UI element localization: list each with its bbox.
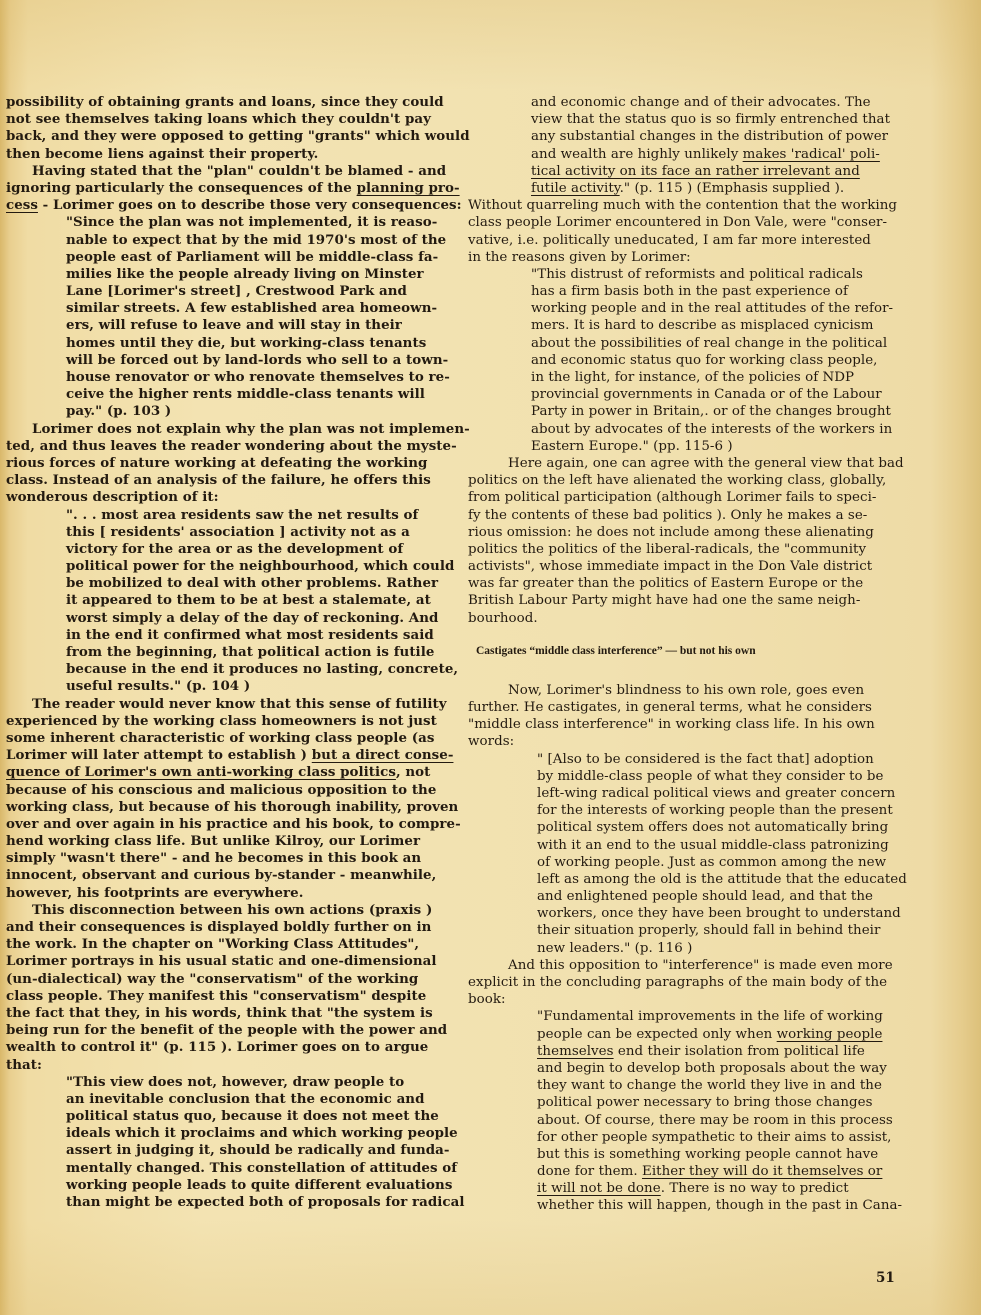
text-line: working class, but because of his thorou… bbox=[6, 799, 434, 816]
text-line: words: bbox=[468, 733, 916, 750]
text-line: possibility of obtaining grants and loan… bbox=[6, 94, 434, 111]
text-line: Without quarreling much with the content… bbox=[468, 197, 916, 214]
text-run: end their isolation from political life bbox=[614, 1044, 865, 1059]
text-line: being run for the benefit of the people … bbox=[6, 1022, 434, 1039]
underlined-emphasis: futile activity bbox=[531, 181, 620, 196]
quote-line: view that the status quo is so firmly en… bbox=[468, 111, 916, 128]
quote-line: provincial governments in Canada or of t… bbox=[468, 386, 916, 403]
text-run: Lorimer will later attempt to establish … bbox=[6, 747, 312, 763]
quote-line: " [Also to be considered is the fact tha… bbox=[468, 751, 916, 768]
quote-line: themselves end their isolation from poli… bbox=[468, 1043, 916, 1060]
text-line: then become liens against their property… bbox=[6, 146, 434, 163]
quote-line: political power necessary to bring those… bbox=[468, 1094, 916, 1111]
quote-line: mentally changed. This constellation of … bbox=[6, 1160, 434, 1177]
quote-line: because in the end it produces no lastin… bbox=[6, 661, 434, 678]
quote-line: ceive the higher rents middle-class tena… bbox=[6, 386, 434, 403]
quote-line: whether this will happen, though in the … bbox=[468, 1197, 916, 1214]
quote-line: it will not be done. There is no way to … bbox=[468, 1180, 916, 1197]
text-line: fy the contents of these bad politics ).… bbox=[468, 507, 916, 524]
text-line: politics on the left have alienated the … bbox=[468, 472, 916, 489]
quote-line: ers, will refuse to leave and will stay … bbox=[6, 317, 434, 334]
text-line: Lorimer portrays in his usual static and… bbox=[6, 953, 434, 970]
underlined-emphasis: quence of Lorimer's own anti-working cla… bbox=[6, 764, 396, 780]
right-column: and economic change and of their advocat… bbox=[468, 94, 916, 1215]
quote-line: in the end it confirmed what most reside… bbox=[6, 627, 434, 644]
underlined-emphasis: planning pro- bbox=[357, 180, 460, 196]
text-line: some inherent characteristic of working … bbox=[6, 730, 434, 747]
underlined-emphasis: cess bbox=[6, 197, 38, 213]
paragraph-start: Now, Lorimer's blindness to his own role… bbox=[468, 682, 916, 699]
text-line: not see themselves taking loans which th… bbox=[6, 111, 434, 128]
quote-line: house renovator or who renovate themselv… bbox=[6, 369, 434, 386]
text-line: experienced by the working class homeown… bbox=[6, 713, 434, 730]
text-line: over and over again in his practice and … bbox=[6, 816, 434, 833]
text-run: - Lorimer goes on to describe those very… bbox=[38, 197, 462, 213]
text-line: the work. In the chapter on "Working Cla… bbox=[6, 936, 434, 953]
quote-line: working people leads to quite different … bbox=[6, 1177, 434, 1194]
quote-line: worst simply a delay of the day of recko… bbox=[6, 610, 434, 627]
underlined-emphasis: Either they will do it themselves or bbox=[642, 1164, 882, 1179]
quote-line: "Fundamental improvements in the life of… bbox=[468, 1008, 916, 1025]
text-line: further. He castigates, in general terms… bbox=[468, 699, 916, 716]
quote-line: it appeared to them to be at best a stal… bbox=[6, 592, 434, 609]
text-line: wonderous description of it: bbox=[6, 489, 434, 506]
text-line: from political participation (although L… bbox=[468, 489, 916, 506]
quote-line: victory for the area or as the developme… bbox=[6, 541, 434, 558]
text-run: ignoring particularly the consequences o… bbox=[6, 180, 357, 196]
text-line: activists", whose immediate impact in th… bbox=[468, 558, 916, 575]
paragraph-start: Lorimer does not explain why the plan wa… bbox=[6, 421, 434, 438]
quote-line: useful results." (p. 104 ) bbox=[6, 678, 434, 695]
quote-line: with it an end to the usual middle-class… bbox=[468, 837, 916, 854]
text-line: innocent, observant and curious by-stand… bbox=[6, 867, 434, 884]
text-line: that: bbox=[6, 1057, 434, 1074]
paragraph-start: Having stated that the "plan" couldn't b… bbox=[6, 163, 434, 180]
quote-line: be mobilized to deal with other problems… bbox=[6, 575, 434, 592]
text-run: and wealth are highly unlikely bbox=[531, 147, 743, 162]
underlined-emphasis: working people bbox=[777, 1027, 883, 1042]
text-line: (un-dialectical) way the "conservatism" … bbox=[6, 971, 434, 988]
section-heading: Castigates “middle class interference” —… bbox=[476, 643, 916, 660]
page-number: 51 bbox=[876, 1270, 895, 1286]
quote-line: of working people. Just as common among … bbox=[468, 854, 916, 871]
quote-line: "This view does not, however, draw peopl… bbox=[6, 1074, 434, 1091]
quote-line: and begin to develop both proposals abou… bbox=[468, 1060, 916, 1077]
quote-line: political status quo, because it does no… bbox=[6, 1108, 434, 1125]
text-line: class people Lorimer encountered in Don … bbox=[468, 214, 916, 231]
text-line: rious forces of nature working at defeat… bbox=[6, 455, 434, 472]
quote-line: people east of Parliament will be middle… bbox=[6, 249, 434, 266]
quote-line: workers, once they have been brought to … bbox=[468, 905, 916, 922]
quote-line: they want to change the world they live … bbox=[468, 1077, 916, 1094]
quote-line: milies like the people already living on… bbox=[6, 266, 434, 283]
quote-line: political power for the neighbourhood, w… bbox=[6, 558, 434, 575]
quote-line: "Since the plan was not implemented, it … bbox=[6, 214, 434, 231]
quote-line: this [ residents' association ] activity… bbox=[6, 524, 434, 541]
quote-line: futile activity." (p. 115 ) (Emphasis su… bbox=[468, 180, 916, 197]
text-line: vative, i.e. politically uneducated, I a… bbox=[468, 232, 916, 249]
quote-line: and economic change and of their advocat… bbox=[468, 94, 916, 111]
text-line: back, and they were opposed to getting "… bbox=[6, 128, 434, 145]
text-line: however, his footprints are everywhere. bbox=[6, 885, 434, 902]
quote-line: in the light, for instance, of the polic… bbox=[468, 369, 916, 386]
quote-line: and economic status quo for working clas… bbox=[468, 352, 916, 369]
quote-line: left as among the old is the attitude th… bbox=[468, 871, 916, 888]
text-run: people can be expected only when bbox=[537, 1027, 777, 1042]
quote-line: will be forced out by land-lords who sel… bbox=[6, 352, 434, 369]
text-line: in the reasons given by Lorimer: bbox=[468, 249, 916, 266]
text-line: quence of Lorimer's own anti-working cla… bbox=[6, 764, 434, 781]
quote-line: ideals which it proclaims and which work… bbox=[6, 1125, 434, 1142]
text-line: because of his conscious and malicious o… bbox=[6, 782, 434, 799]
text-line: was far greater than the politics of Eas… bbox=[468, 575, 916, 592]
text-run: done for them. bbox=[537, 1164, 642, 1179]
quote-line: homes until they die, but working-class … bbox=[6, 335, 434, 352]
text-line: the fact that they, in his words, think … bbox=[6, 1005, 434, 1022]
quote-line: for the interests of working people than… bbox=[468, 802, 916, 819]
text-line: cess - Lorimer goes on to describe those… bbox=[6, 197, 434, 214]
underlined-emphasis: themselves bbox=[537, 1044, 614, 1059]
quote-line: Lane [Lorimer's street] , Crestwood Park… bbox=[6, 283, 434, 300]
text-line: rious omission: he does not include amon… bbox=[468, 524, 916, 541]
quote-line: ". . . most area residents saw the net r… bbox=[6, 507, 434, 524]
quote-line: about the possibilities of real change i… bbox=[468, 335, 916, 352]
quote-line: and wealth are highly unlikely makes 'ra… bbox=[468, 146, 916, 163]
text-line: "middle class interference" in working c… bbox=[468, 716, 916, 733]
text-line: bourhood. bbox=[468, 610, 916, 627]
text-line: and their consequences is displayed bold… bbox=[6, 919, 434, 936]
quote-line: Party in power in Britain,. or of the ch… bbox=[468, 403, 916, 420]
underlined-emphasis: it will not be done bbox=[537, 1181, 661, 1196]
quote-line: about by advocates of the interests of t… bbox=[468, 421, 916, 438]
quote-line: nable to expect that by the mid 1970's m… bbox=[6, 232, 434, 249]
text-run: . There is no way to predict bbox=[661, 1181, 849, 1196]
quote-line: people can be expected only when working… bbox=[468, 1026, 916, 1043]
text-line: ted, and thus leaves the reader wonderin… bbox=[6, 438, 434, 455]
quote-line: for other people sympathetic to their ai… bbox=[468, 1129, 916, 1146]
text-line: Lorimer will later attempt to establish … bbox=[6, 747, 434, 764]
text-line: class. Instead of an analysis of the fai… bbox=[6, 472, 434, 489]
quote-line: than might be expected both of proposals… bbox=[6, 1194, 434, 1211]
quote-line: similar streets. A few established area … bbox=[6, 300, 434, 317]
paragraph-start: And this opposition to "interference" is… bbox=[468, 957, 916, 974]
quote-line: working people and in the real attitudes… bbox=[468, 300, 916, 317]
underlined-emphasis: makes 'radical' poli- bbox=[743, 147, 880, 162]
quote-line: mers. It is hard to describe as misplace… bbox=[468, 317, 916, 334]
text-run: ." (p. 115 ) (Emphasis supplied ). bbox=[620, 181, 845, 196]
quote-line: about. Of course, there may be room in t… bbox=[468, 1112, 916, 1129]
quote-line: pay." (p. 103 ) bbox=[6, 403, 434, 420]
quote-line: tical activity on its face an rather irr… bbox=[468, 163, 916, 180]
text-line: explicit in the concluding paragraphs of… bbox=[468, 974, 916, 991]
quote-line: from the beginning, that political actio… bbox=[6, 644, 434, 661]
left-column: possibility of obtaining grants and loan… bbox=[6, 94, 434, 1211]
quote-line: political system offers does not automat… bbox=[468, 819, 916, 836]
quote-line: an inevitable conclusion that the econom… bbox=[6, 1091, 434, 1108]
text-line: wealth to control it" (p. 115 ). Lorimer… bbox=[6, 1039, 434, 1056]
quote-line: Eastern Europe." (pp. 115-6 ) bbox=[468, 438, 916, 455]
quote-line: and enlightened people should lead, and … bbox=[468, 888, 916, 905]
quote-line: has a firm basis both in the past experi… bbox=[468, 283, 916, 300]
text-line: hend working class life. But unlike Kilr… bbox=[6, 833, 434, 850]
text-line: simply "wasn't there" - and he becomes i… bbox=[6, 850, 434, 867]
paragraph-start: Here again, one can agree with the gener… bbox=[468, 455, 916, 472]
quote-line: "This distrust of reformists and politic… bbox=[468, 266, 916, 283]
quote-line: their situation properly, should fall in… bbox=[468, 922, 916, 939]
quote-line: assert in judging it, should be radicall… bbox=[6, 1142, 434, 1159]
quote-line: left-wing radical political views and gr… bbox=[468, 785, 916, 802]
quote-line: but this is something working people can… bbox=[468, 1146, 916, 1163]
underlined-emphasis: but a direct conse- bbox=[312, 747, 454, 763]
quote-line: by middle-class people of what they cons… bbox=[468, 768, 916, 785]
text-run: , not bbox=[396, 764, 430, 780]
underlined-emphasis: tical activity on its face an rather irr… bbox=[531, 164, 860, 179]
text-line: British Labour Party might have had one … bbox=[468, 592, 916, 609]
text-line: ignoring particularly the consequences o… bbox=[6, 180, 434, 197]
paragraph-start: The reader would never know that this se… bbox=[6, 696, 434, 713]
text-line: politics the politics of the liberal-rad… bbox=[468, 541, 916, 558]
quote-line: new leaders." (p. 116 ) bbox=[468, 940, 916, 957]
text-line: book: bbox=[468, 991, 916, 1008]
paragraph-start: This disconnection between his own actio… bbox=[6, 902, 434, 919]
quote-line: done for them. Either they will do it th… bbox=[468, 1163, 916, 1180]
quote-line: any substantial changes in the distribut… bbox=[468, 128, 916, 145]
text-line: class people. They manifest this "conser… bbox=[6, 988, 434, 1005]
